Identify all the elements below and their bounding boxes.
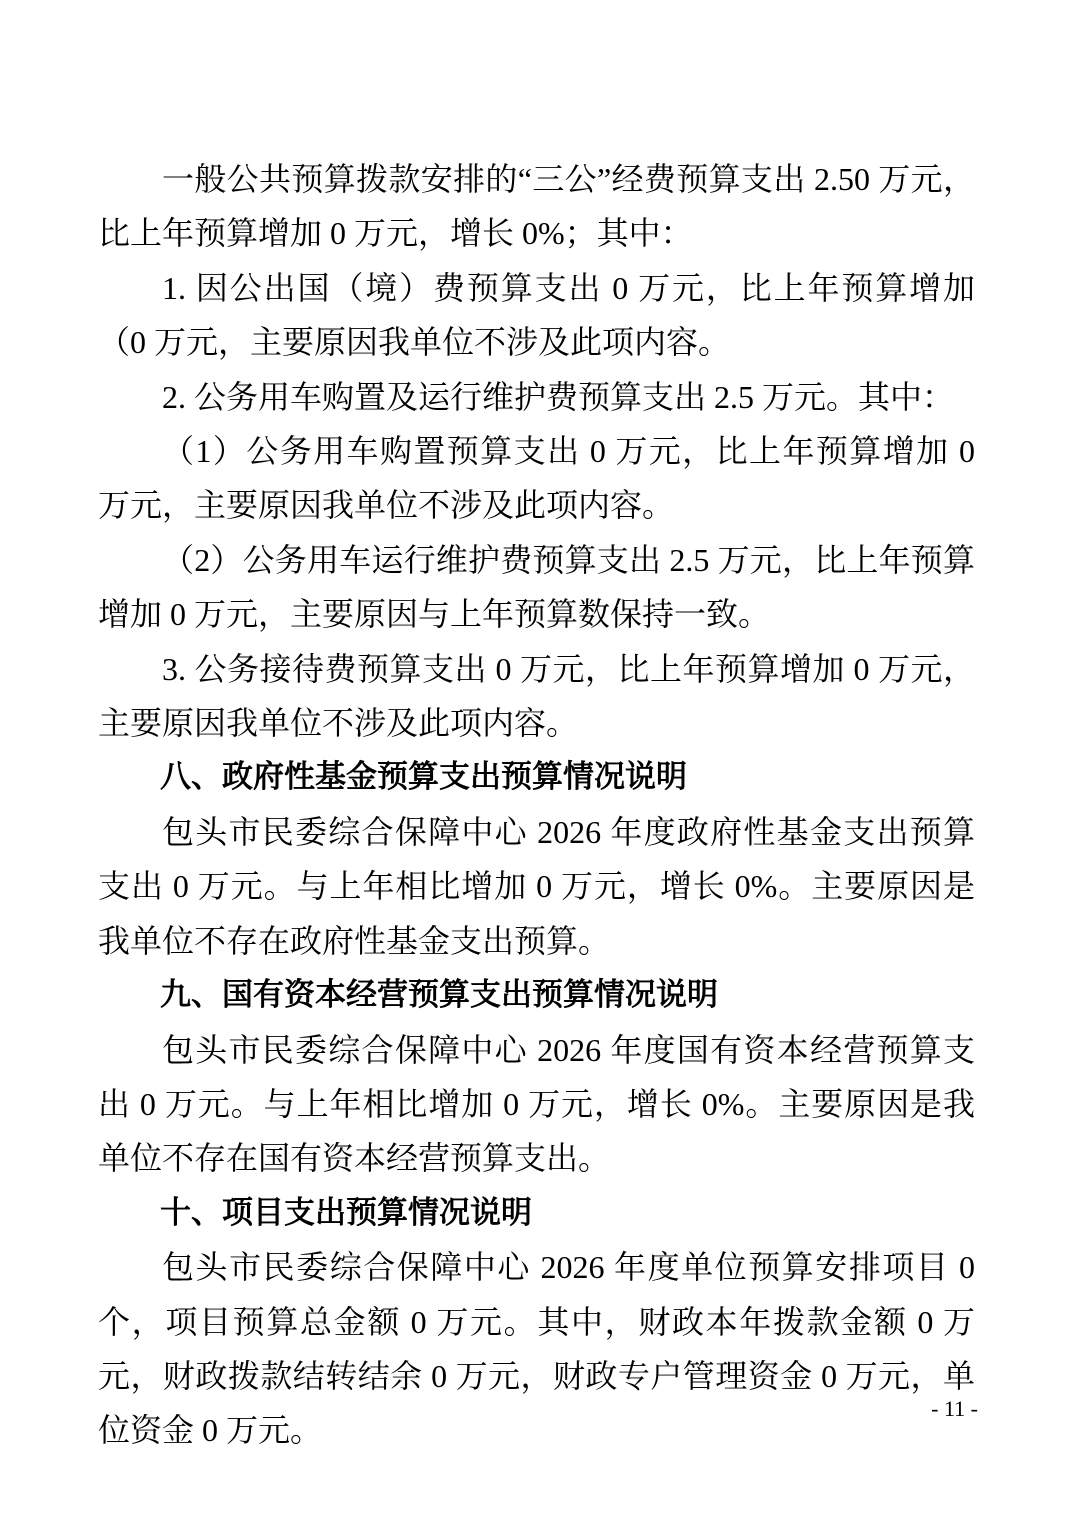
para-item-2-vehicle-total: 2. 公务用车购置及运行维护费预算支出 2.5 万元。其中： [98,370,975,424]
document-page: 一般公共预算拨款安排的“三公”经费预算支出 2.50 万元，比上年预算增加 0 … [0,0,1075,1520]
para-item-1-abroad-expense: 1. 因公出国（境）费预算支出 0 万元，比上年预算增加（0 万元，主要原因我单… [98,261,975,370]
page-number: - 11 - [931,1396,978,1422]
heading-section-10-project-expense: 十、项目支出预算情况说明 [98,1186,975,1240]
para-item-3-reception-expense: 3. 公务接待费预算支出 0 万元，比上年预算增加 0 万元，主要原因我单位不涉… [98,642,975,751]
heading-section-8-government-fund: 八、政府性基金预算支出预算情况说明 [98,750,975,804]
document-body: 一般公共预算拨款安排的“三公”经费预算支出 2.50 万元，比上年预算增加 0 … [98,152,975,1458]
para-item-2-1-vehicle-purchase: （1）公务用车购置预算支出 0 万元，比上年预算增加 0 万元，主要原因我单位不… [98,424,975,533]
heading-section-9-state-capital: 九、国有资本经营预算支出预算情况说明 [98,968,975,1022]
para-sangong-summary: 一般公共预算拨款安排的“三公”经费预算支出 2.50 万元，比上年预算增加 0 … [98,152,975,261]
para-item-2-2-vehicle-maintenance: （2）公务用车运行维护费预算支出 2.5 万元，比上年预算增加 0 万元，主要原… [98,533,975,642]
para-section-10-body: 包头市民委综合保障中心 2026 年度单位预算安排项目 0 个，项目预算总金额 … [98,1240,975,1458]
para-section-8-body: 包头市民委综合保障中心 2026 年度政府性基金支出预算支出 0 万元。与上年相… [98,805,975,968]
para-section-9-body: 包头市民委综合保障中心 2026 年度国有资本经营预算支出 0 万元。与上年相比… [98,1023,975,1186]
